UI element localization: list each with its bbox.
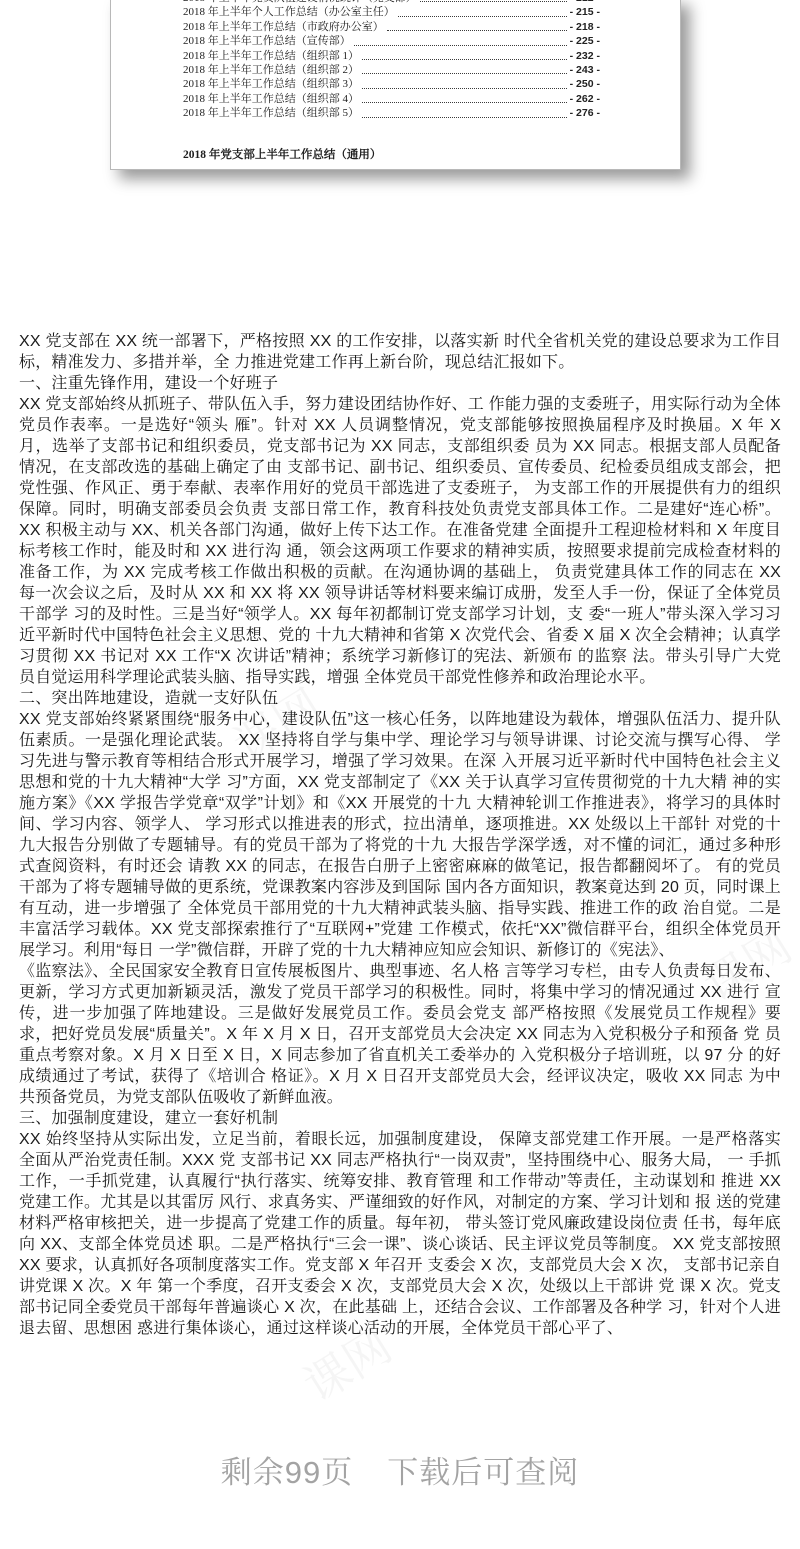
section-heading-3: 三、加强制度建设，建立一套好机制 xyxy=(19,1108,781,1129)
toc-page-number: - 276 - xyxy=(570,106,600,120)
download-footer[interactable]: 剩余99页 下载后可查阅 xyxy=(0,1446,800,1492)
toc-row: 2018 年上半年工作总结（组织部 3） - 250 - xyxy=(183,77,600,91)
toc-page-number: - 262 - xyxy=(570,92,600,106)
toc-dot-leader xyxy=(362,117,567,118)
toc-row: 2018 年上半年工作总结（组织部 1） - 232 - xyxy=(183,49,600,63)
toc-page-number: - 225 - xyxy=(570,34,600,48)
document-body: XX 党支部在 XX 统一部署下，严格按照 XX 的工作安排，以落实新 时代全省… xyxy=(0,331,800,1339)
toc-entry-title: 2018 年上半年工作总结（组织部 3） xyxy=(183,77,359,91)
toc-dot-leader xyxy=(362,102,567,103)
paragraph-section-2a: XX 党支部始终紧紧围绕“服务中心，建设队伍”这一核心任务，以阵地建设为载体，增… xyxy=(19,709,781,961)
toc-dot-leader xyxy=(354,45,567,46)
toc-page-number: - 243 - xyxy=(570,63,600,77)
toc-row: 2018 年上半年工作总结（组织部 5） - 276 - xyxy=(183,106,600,120)
toc-entry-title: 2018 年上半年工作总结（组织部 4） xyxy=(183,92,359,106)
toc-page-number: - 232 - xyxy=(570,49,600,63)
toc-dot-leader xyxy=(362,59,567,60)
toc-entry-title: 2018 年上半年工作总结（组织部 5） xyxy=(183,106,359,120)
toc-row: 2018 年上半年工作总结（组织部 2） - 243 - xyxy=(183,63,600,77)
toc-page-number: - 218 - xyxy=(570,20,600,34)
download-hint-label: 下载后可查阅 xyxy=(387,1447,579,1492)
table-of-contents: 2018 年上半年党员队伍建设情况统计（党支部） - 212 - 2018 年上… xyxy=(111,0,680,121)
toc-page-card: 2018 年上半年党员队伍建设情况统计（党支部） - 212 - 2018 年上… xyxy=(110,0,681,170)
toc-page-number: - 215 - xyxy=(570,5,600,19)
remaining-pages-label: 剩余99页 xyxy=(221,1447,353,1492)
toc-entry-title: 2018 年上半年工作总结（组织部 2） xyxy=(183,63,359,77)
toc-dot-leader xyxy=(362,73,567,74)
paragraph-section-1: XX 党支部始终从抓班子、带队伍入手，努力建设团结协作好、工 作能力强的支委班子… xyxy=(19,394,781,688)
toc-dot-leader xyxy=(398,16,567,17)
toc-row: 2018 年上半年个人工作总结（办公室主任） - 215 - xyxy=(183,5,600,19)
paragraph-intro: XX 党支部在 XX 统一部署下，严格按照 XX 的工作安排，以落实新 时代全省… xyxy=(19,331,781,373)
toc-row: 2018 年上半年工作总结（宣传部） - 225 - xyxy=(183,34,600,48)
paragraph-section-3: XX 始终坚持从实际出发，立足当前，着眼长远，加强制度建设， 保障支部党建工作开… xyxy=(19,1129,781,1339)
section-heading-1: 一、注重先锋作用，建设一个好班子 xyxy=(19,373,781,394)
toc-entry-title: 2018 年上半年工作总结（组织部 1） xyxy=(183,49,359,63)
next-document-title: 2018 年党支部上半年工作总结（通用） xyxy=(111,146,680,162)
document-preview-screen: 2018 年上半年党员队伍建设情况统计（党支部） - 212 - 2018 年上… xyxy=(0,0,800,1549)
toc-entry-title: 2018 年上半年个人工作总结（办公室主任） xyxy=(183,5,395,19)
toc-entry-title: 2018 年上半年工作总结（宣传部） xyxy=(183,34,351,48)
toc-dot-leader xyxy=(362,88,567,89)
section-heading-2: 二、突出阵地建设，造就一支好队伍 xyxy=(19,688,781,709)
paragraph-section-2b: 《监察法》、全民国家安全教育日宣传展板图片、典型事迹、名人格 言等学习专栏，由专… xyxy=(19,961,781,1108)
toc-row: 2018 年上半年工作总结（市政府办公室） - 218 - xyxy=(183,20,600,34)
toc-entry-title: 2018 年上半年工作总结（市政府办公室） xyxy=(183,20,384,34)
toc-dot-leader xyxy=(387,30,567,31)
toc-dot-leader xyxy=(420,1,567,2)
toc-page-number: - 250 - xyxy=(570,77,600,91)
toc-row: 2018 年上半年工作总结（组织部 4） - 262 - xyxy=(183,92,600,106)
